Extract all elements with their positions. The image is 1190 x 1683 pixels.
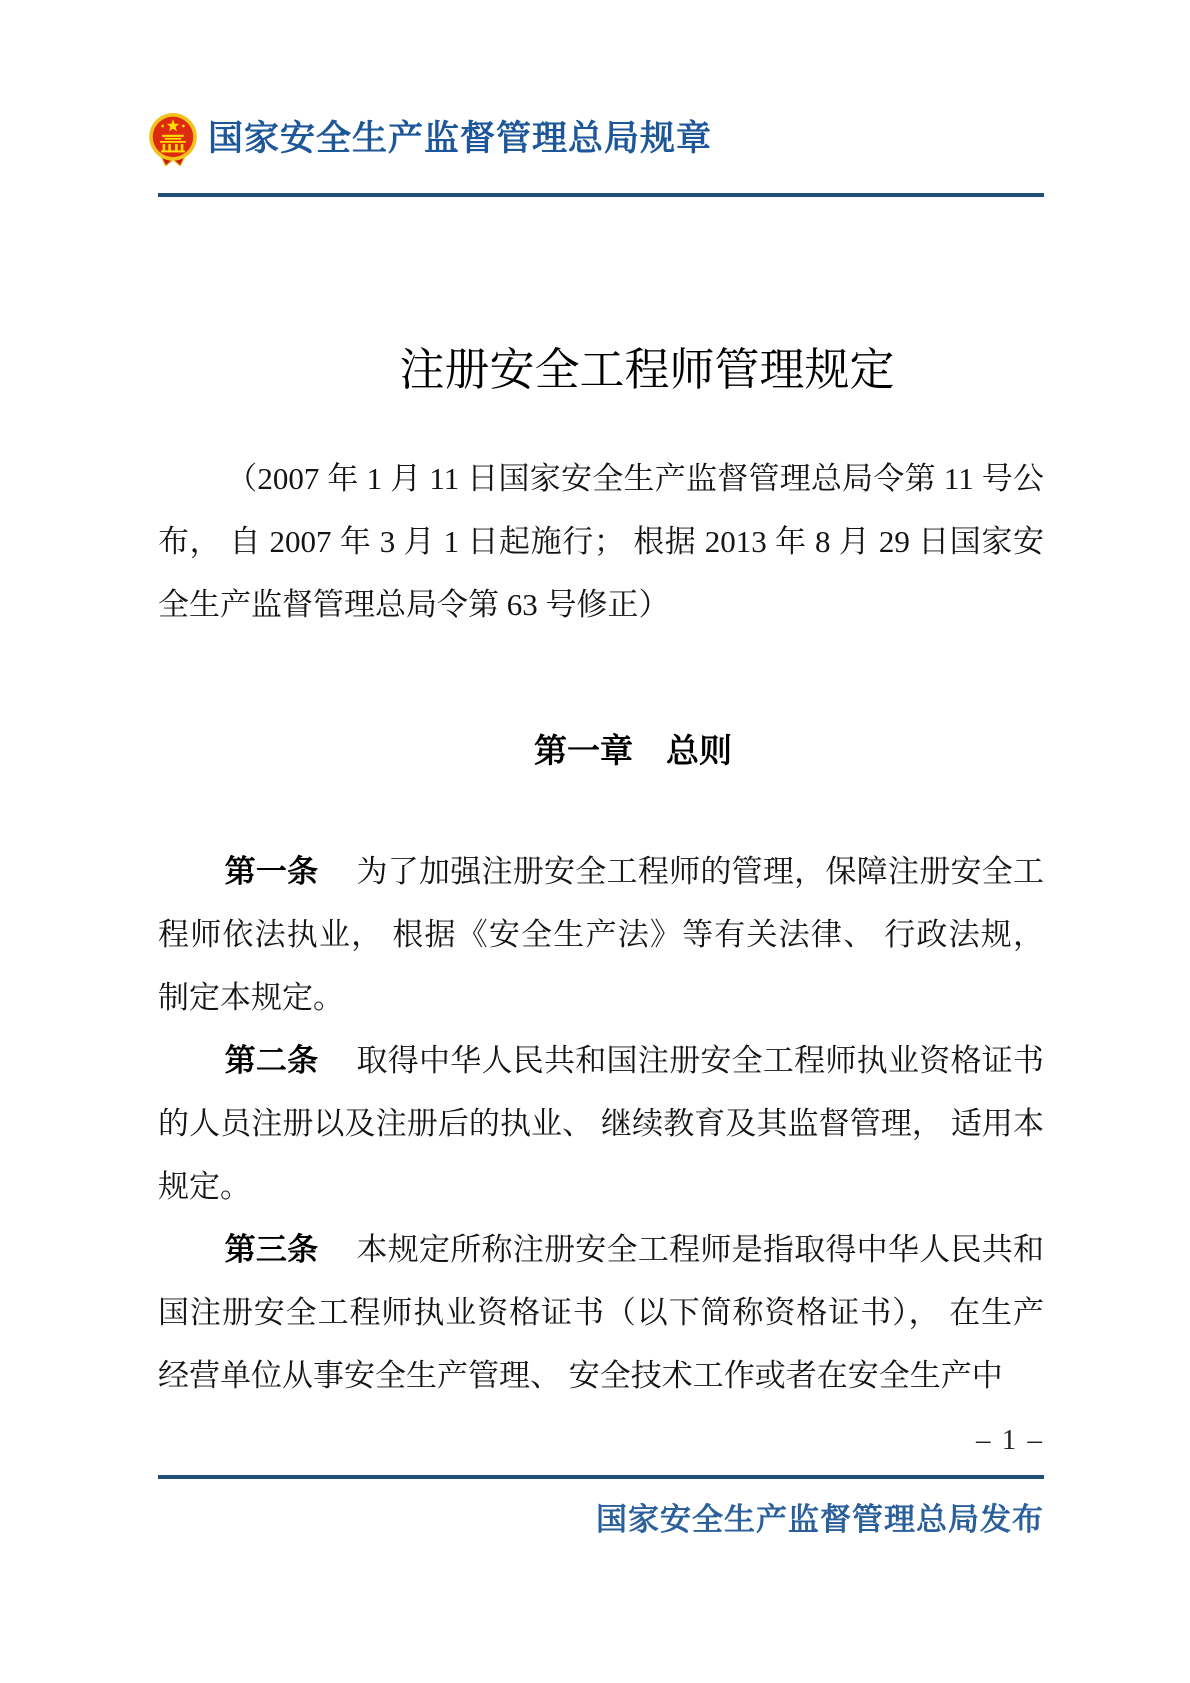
article-paragraph: 第三条本规定所称注册安全工程师是指取得中华人民共和国注册安全工程师执业资格证书（… xyxy=(158,1218,1044,1407)
article-lead: 第二条 xyxy=(225,1043,319,1078)
header-rule xyxy=(158,193,1044,197)
chapter-heading: 第一章总则 xyxy=(158,719,1044,782)
article-paragraph: 第二条取得中华人民共和国注册安全工程师执业资格证书的人员注册以及注册后的执业、 … xyxy=(158,1029,1044,1218)
article-lead: 第三条 xyxy=(225,1232,319,1267)
article-lead: 第一条 xyxy=(225,854,319,889)
chapter-number: 第一章 xyxy=(534,732,633,769)
page-number: – 1 – xyxy=(158,1424,1044,1456)
articles-body: 第一条为了加强注册安全工程师的管理，保障注册安全工程师依法执业， 根据《安全生产… xyxy=(158,840,1044,1407)
article-paragraph: 第一条为了加强注册安全工程师的管理，保障注册安全工程师依法执业， 根据《安全生产… xyxy=(158,840,1044,1029)
footer-publisher-label: 国家安全生产监督管理总局发布 xyxy=(158,1500,1044,1540)
china-national-emblem-icon xyxy=(147,112,199,169)
footer-rule xyxy=(158,1475,1044,1479)
promulgation-note: （2007 年 1 月 11 日国家安全生产监督管理总局令第 11 号公布， 自… xyxy=(158,447,1044,636)
regulation-document-page: 国家安全生产监督管理总局规章 注册安全工程师管理规定 （2007 年 1 月 1… xyxy=(0,0,1190,1683)
document-title: 注册安全工程师管理规定 xyxy=(158,342,1044,398)
chapter-title: 总则 xyxy=(666,732,732,769)
document-header: 国家安全生产监督管理总局规章 xyxy=(147,112,1044,169)
header-agency-label: 国家安全生产监督管理总局规章 xyxy=(208,121,712,160)
